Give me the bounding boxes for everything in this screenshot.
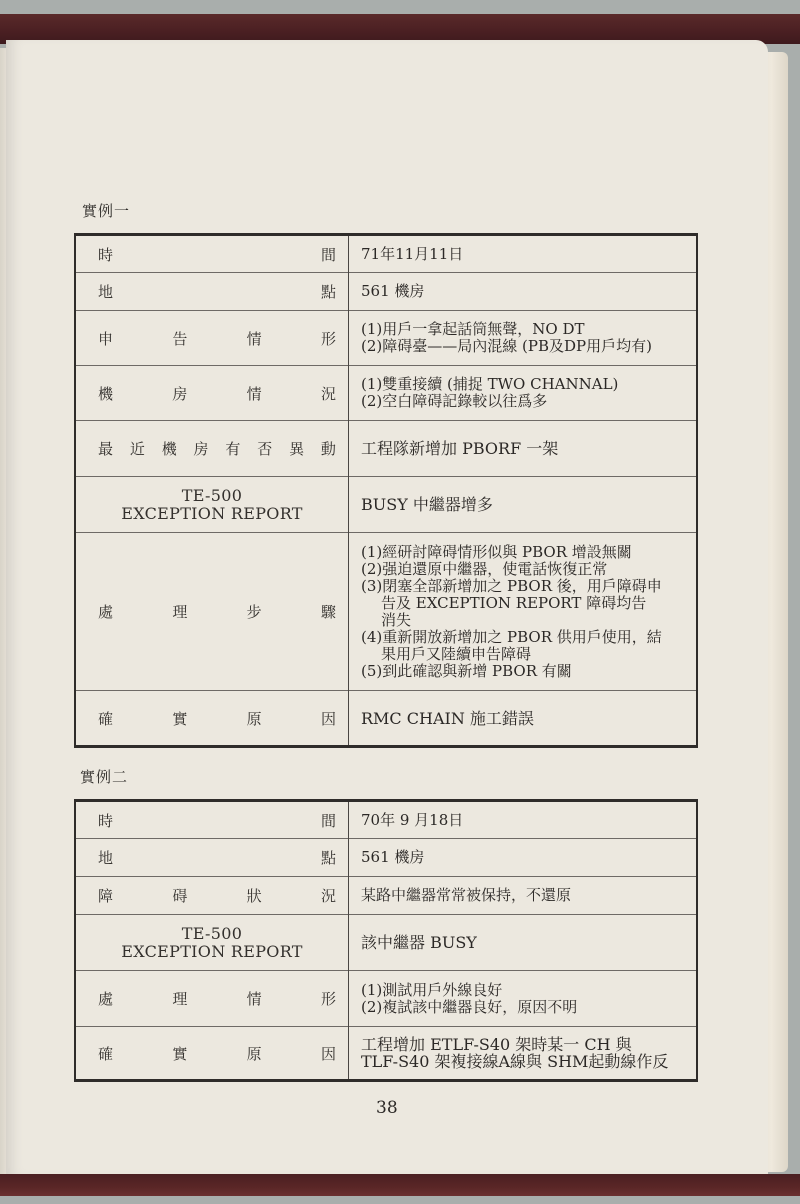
- table-row: 處理步驟 (1)經研討障碍情形似與 PBOR 增設無關 (2)强迫還原中繼器，使…: [75, 533, 697, 691]
- table-row: 確實原因 工程增加 ETLF-S40 架時某一 CH 與TLF-S40 架複接線…: [75, 1027, 697, 1081]
- row-value: RMC CHAIN 施工錯誤: [349, 691, 698, 747]
- row-label: 最近機房有否異動: [75, 421, 349, 477]
- row-value: 工程增加 ETLF-S40 架時某一 CH 與TLF-S40 架複接線A線與 S…: [349, 1027, 698, 1081]
- row-label: 障碍狀況: [75, 877, 349, 915]
- row-value: 某路中繼器常常被保持，不還原: [349, 877, 698, 915]
- row-label: 處理步驟: [75, 533, 349, 691]
- example-2-title: 實例二: [80, 766, 128, 787]
- table-row: 確實原因 RMC CHAIN 施工錯誤: [75, 691, 697, 747]
- row-value: 71年11月11日: [349, 235, 698, 273]
- row-value: (1)用戶一拿起話筒無聲，NO DT(2)障碍臺——局內混線 (PB及DP用戶均…: [349, 311, 698, 366]
- book-cover-bottom: [0, 1174, 800, 1196]
- row-label: TE-500EXCEPTION REPORT: [75, 915, 349, 971]
- example-1-title: 實例一: [82, 200, 130, 221]
- row-value: (1)測試用戶外線良好(2)複試該中繼器良好，原因不明: [349, 971, 698, 1027]
- table-row: 申告情形 (1)用戶一拿起話筒無聲，NO DT(2)障碍臺——局內混線 (PB及…: [75, 311, 697, 366]
- row-label: 處理情形: [75, 971, 349, 1027]
- table-row: 機房情況 (1)雙重接續 (捕捉 TWO CHANNAL)(2)空白障碍記錄較以…: [75, 366, 697, 421]
- row-label: 申告情形: [75, 311, 349, 366]
- table-row: 處理情形 (1)測試用戶外線良好(2)複試該中繼器良好，原因不明: [75, 971, 697, 1027]
- row-label: 地點: [75, 839, 349, 877]
- row-label: 確實原因: [75, 691, 349, 747]
- table-row: 時間 70年 9 月18日: [75, 801, 697, 839]
- table-row: TE-500EXCEPTION REPORT BUSY 中繼器增多: [75, 477, 697, 533]
- row-label: 確實原因: [75, 1027, 349, 1081]
- row-value: 70年 9 月18日: [349, 801, 698, 839]
- row-value: (1)經研討障碍情形似與 PBOR 增設無關 (2)强迫還原中繼器，使電話恢復正…: [349, 533, 698, 691]
- table-row: 地點 561 機房: [75, 839, 697, 877]
- row-label: 地點: [75, 273, 349, 311]
- table-row: 地點 561 機房: [75, 273, 697, 311]
- row-label: TE-500EXCEPTION REPORT: [75, 477, 349, 533]
- row-value: 561 機房: [349, 839, 698, 877]
- table-row: TE-500EXCEPTION REPORT 該中繼器 BUSY: [75, 915, 697, 971]
- row-label: 時間: [75, 235, 349, 273]
- table-row: 最近機房有否異動 工程隊新增加 PBORF 一架: [75, 421, 697, 477]
- example-2-table: 時間 70年 9 月18日 地點 561 機房 障碍狀況 某路中繼器常常被保持，…: [74, 799, 698, 1082]
- row-label: 機房情況: [75, 366, 349, 421]
- table-row: 障碍狀況 某路中繼器常常被保持，不還原: [75, 877, 697, 915]
- row-label: 時間: [75, 801, 349, 839]
- table-row: 時間 71年11月11日: [75, 235, 697, 273]
- row-value: 該中繼器 BUSY: [349, 915, 698, 971]
- row-value: (1)雙重接續 (捕捉 TWO CHANNAL)(2)空白障碍記錄較以往爲多: [349, 366, 698, 421]
- page-number: 38: [376, 1098, 398, 1118]
- example-1-table: 時間 71年11月11日 地點 561 機房 申告情形 (1)用戶一拿起話筒無聲…: [74, 233, 698, 748]
- row-value: 561 機房: [349, 273, 698, 311]
- row-value: BUSY 中繼器增多: [349, 477, 698, 533]
- row-value: 工程隊新增加 PBORF 一架: [349, 421, 698, 477]
